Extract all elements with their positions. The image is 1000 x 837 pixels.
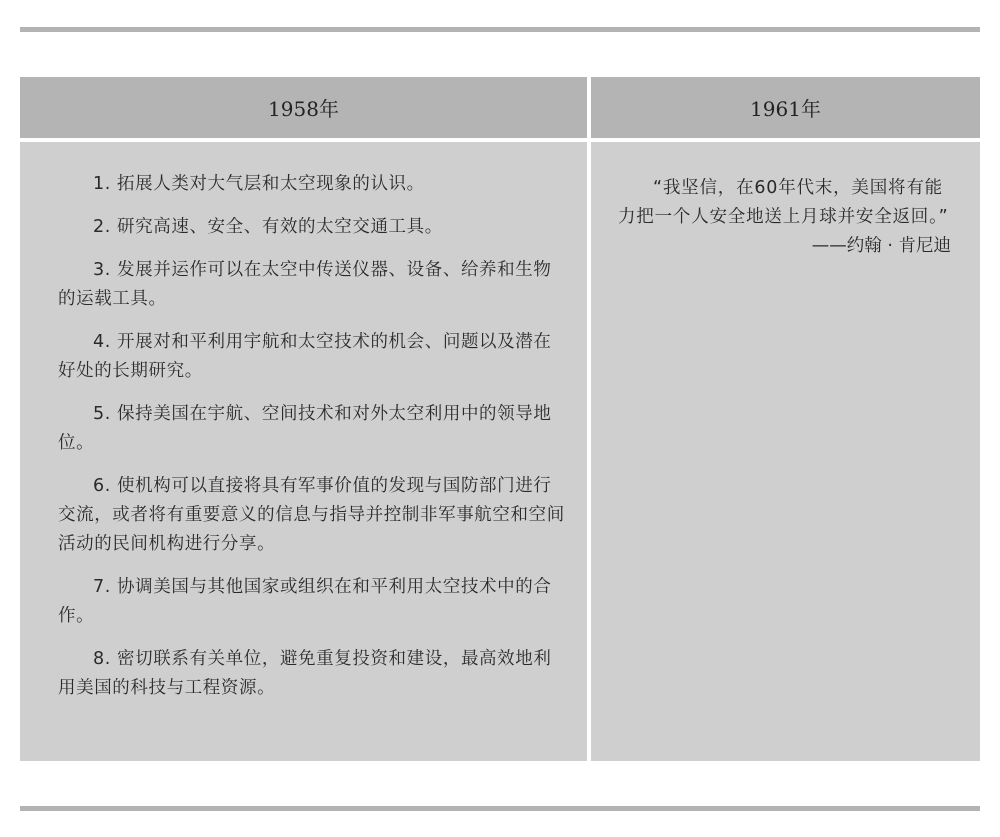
quote-attribution: ——约翰 · 肯尼迪 <box>618 232 951 261</box>
objective-item: 1. 拓展人类对大气层和太空现象的认识。 <box>58 170 565 199</box>
kennedy-quote: “我坚信，在60年代末，美国将有能力把一个人安全地送上月球并安全返回。” <box>618 174 951 232</box>
objective-item: 8. 密切联系有关单位，避免重复投资和建设，最高效地利用美国的科技与工程资源。 <box>58 645 565 703</box>
objective-item: 5. 保持美国在宇航、空间技术和对外太空利用中的领导地位。 <box>58 400 565 458</box>
comparison-table: 1958年 1961年 1. 拓展人类对大气层和太空现象的认识。 2. 研究高速… <box>20 77 980 761</box>
objectives-cell-1958: 1. 拓展人类对大气层和太空现象的认识。 2. 研究高速、安全、有效的太空交通工… <box>20 142 587 761</box>
objective-item: 4. 开展对和平利用宇航和太空技术的机会、问题以及潜在好处的长期研究。 <box>58 328 565 386</box>
objective-item: 3. 发展并运作可以在太空中传送仪器、设备、给养和生物的运载工具。 <box>58 256 565 314</box>
objective-item: 2. 研究高速、安全、有效的太空交通工具。 <box>58 213 565 242</box>
column-header-1961: 1961年 <box>591 77 980 138</box>
objective-item: 7. 协调美国与其他国家或组织在和平利用太空技术中的合作。 <box>58 573 565 631</box>
top-rule <box>20 27 980 32</box>
bottom-rule <box>20 806 980 811</box>
objective-item: 6. 使机构可以直接将具有军事价值的发现与国防部门进行交流，或者将有重要意义的信… <box>58 472 565 559</box>
quote-cell-1961: “我坚信，在60年代末，美国将有能力把一个人安全地送上月球并安全返回。” ——约… <box>591 142 980 761</box>
column-header-1958: 1958年 <box>20 77 587 138</box>
